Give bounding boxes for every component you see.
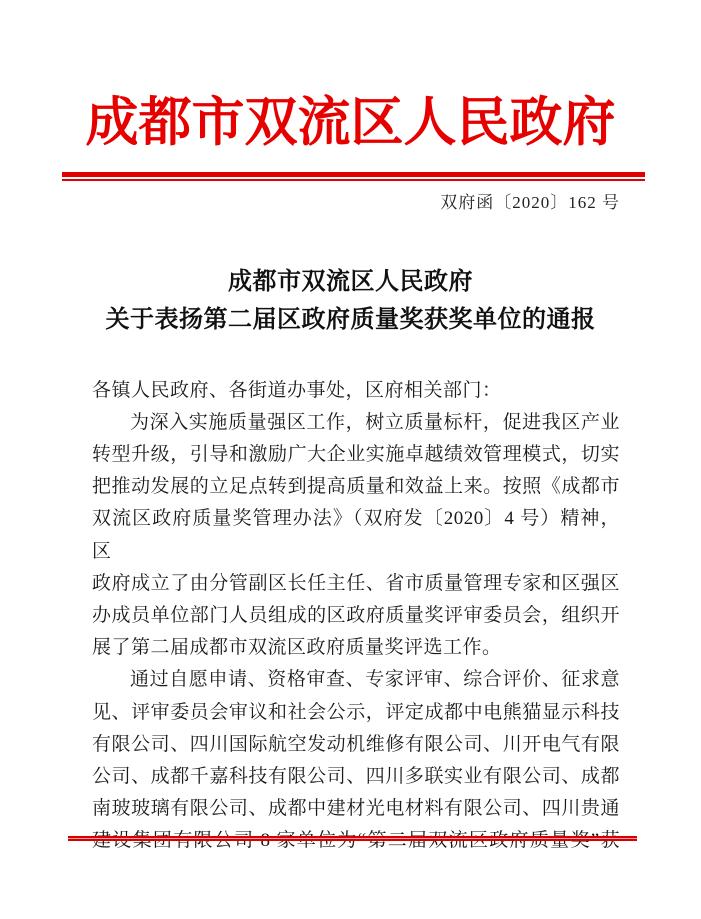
- document-number: 双府函〔2020〕162 号: [0, 188, 701, 213]
- bottom-separator-rule: [68, 836, 637, 841]
- document-title-line2: 关于表扬第二届区政府质量奖获奖单位的通报: [0, 301, 701, 339]
- body-line: 建设集团有限公司 8 家单位为“第二届双流区政府质量奖”获: [92, 825, 620, 857]
- agency-masthead: 成都市双流区人民政府: [0, 92, 701, 156]
- document-body: 各镇人民政府、各街道办事处，区府相关部门： 为深入实施质量强区工作，树立质量标杆…: [0, 375, 701, 858]
- body-line: 公司、成都千嘉科技有限公司、四川多联实业有限公司、成都: [92, 761, 620, 793]
- body-line: 政府成立了由分管副区长任主任、省市质量管理专家和区强区: [92, 568, 620, 600]
- document-page: 成都市双流区人民政府 双府函〔2020〕162 号 成都市双流区人民政府 关于表…: [0, 0, 701, 919]
- header-double-rule: [62, 172, 645, 181]
- document-title: 成都市双流区人民政府 关于表扬第二届区政府质量奖获奖单位的通报: [0, 263, 701, 339]
- salutation-line: 各镇人民政府、各街道办事处，区府相关部门：: [92, 375, 620, 407]
- body-line: 见、评审委员会审议和社会公示，评定成都中电熊猫显示科技: [92, 697, 620, 729]
- body-line: 通过自愿申请、资格审查、专家评审、综合评价、征求意: [92, 664, 620, 696]
- document-title-line1: 成都市双流区人民政府: [0, 263, 701, 301]
- body-line: 南玻玻璃有限公司、成都中建材光电材料有限公司、四川贵通: [92, 793, 620, 825]
- body-line: 展了第二届成都市双流区政府质量奖评选工作。: [92, 632, 620, 664]
- body-line: 转型升级，引导和激励广大企业实施卓越绩效管理模式，切实: [92, 439, 620, 471]
- body-line: 办成员单位部门人员组成的区政府质量奖评审委员会，组织开: [92, 600, 620, 632]
- body-line: 为深入实施质量强区工作，树立质量标杆，促进我区产业: [92, 407, 620, 439]
- body-line: 双流区政府质量奖管理办法》（双府发〔2020〕4 号）精神，区: [92, 503, 620, 567]
- body-line: 有限公司、四川国际航空发动机维修有限公司、川开电气有限: [92, 729, 620, 761]
- body-line: 把推动发展的立足点转到提高质量和效益上来。按照《成都市: [92, 471, 620, 503]
